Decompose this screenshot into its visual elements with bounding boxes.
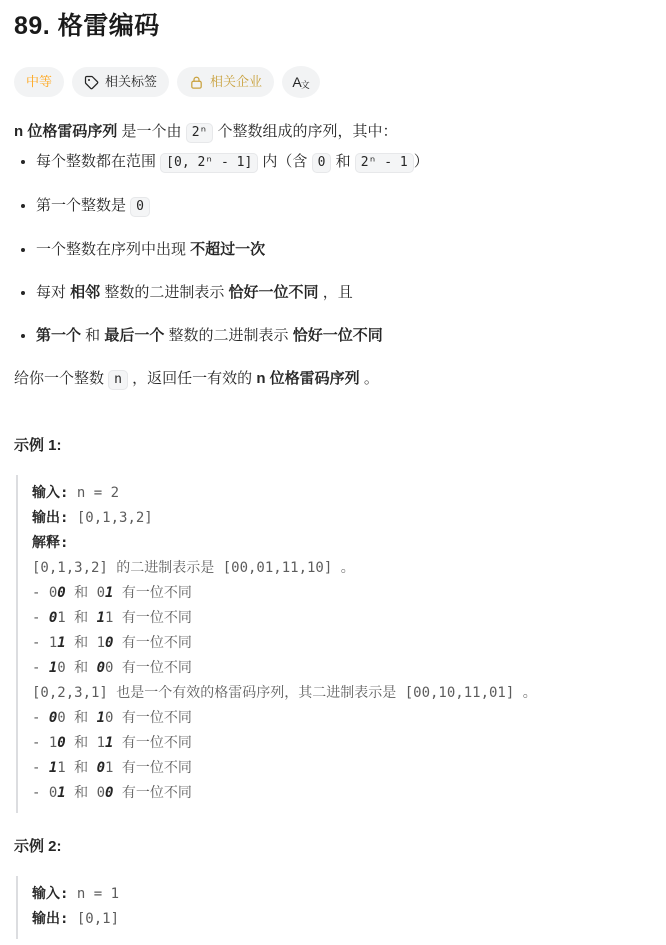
constraint-list: 每个整数都在范围 [0, 2ⁿ - 1] 内（含 0 和 2ⁿ - 1） 第一个… (14, 152, 650, 345)
lock-icon (189, 75, 204, 90)
translate-button[interactable]: A文 (282, 66, 320, 98)
example-line: - 00 和 10 有一位不同 (32, 706, 650, 731)
tag-icon (84, 75, 99, 90)
related-tags-label: 相关标签 (105, 67, 157, 97)
related-companies-label: 相关企业 (210, 67, 262, 97)
list-item: 一个整数在序列中出现 不超过一次 (36, 240, 650, 259)
example-line: 输出: [0,1,3,2] (32, 506, 650, 531)
example-line: - 11 和 10 有一位不同 (32, 631, 650, 656)
example-1-block: 输入: n = 2输出: [0,1,3,2]解释:[0,1,3,2] 的二进制表… (16, 475, 650, 813)
example-line: 输入: n = 1 (32, 882, 650, 907)
example-line: 输入: n = 2 (32, 481, 650, 506)
translate-icon: A文 (292, 74, 309, 90)
example-line: - 01 和 11 有一位不同 (32, 606, 650, 631)
example-2-heading: 示例 2: (14, 837, 650, 856)
example-line: 解释: (32, 531, 650, 556)
problem-intro: n 位格雷码序列 是一个由 2ⁿ 个整数组成的序列，其中： (14, 122, 650, 142)
problem-description-panel: 89. 格雷编码 中等 相关标签 相关企业 A文 (0, 0, 666, 939)
list-item: 第一个整数是 0 (36, 196, 650, 216)
problem-task: 给你一个整数 n ，返回任一有效的 n 位格雷码序列 。 (14, 369, 650, 389)
difficulty-badge[interactable]: 中等 (14, 67, 64, 97)
list-item: 第一个 和 最后一个 整数的二进制表示 恰好一位不同 (36, 326, 650, 345)
example-line: - 11 和 01 有一位不同 (32, 756, 650, 781)
example-line: - 10 和 00 有一位不同 (32, 656, 650, 681)
related-companies-button[interactable]: 相关企业 (177, 67, 274, 97)
list-item: 每对 相邻 整数的二进制表示 恰好一位不同 ，且 (36, 283, 650, 302)
example-1-heading: 示例 1: (14, 436, 650, 455)
related-tags-button[interactable]: 相关标签 (72, 67, 169, 97)
example-line: [0,1,3,2] 的二进制表示是 [00,01,11,10] 。 (32, 556, 650, 581)
example-line: 输出: [0,1] (32, 907, 650, 932)
example-line: - 01 和 00 有一位不同 (32, 781, 650, 806)
example-line: - 00 和 01 有一位不同 (32, 581, 650, 606)
example-line: [0,2,3,1] 也是一个有效的格雷码序列，其二进制表示是 [00,10,11… (32, 681, 650, 706)
badge-row: 中等 相关标签 相关企业 A文 (14, 66, 650, 98)
problem-title: 89. 格雷编码 (14, 10, 650, 43)
list-item: 每个整数都在范围 [0, 2ⁿ - 1] 内（含 0 和 2ⁿ - 1） (36, 152, 650, 172)
example-2-block: 输入: n = 1输出: [0,1] (16, 876, 650, 939)
spacer (14, 389, 650, 436)
example-line: - 10 和 11 有一位不同 (32, 731, 650, 756)
